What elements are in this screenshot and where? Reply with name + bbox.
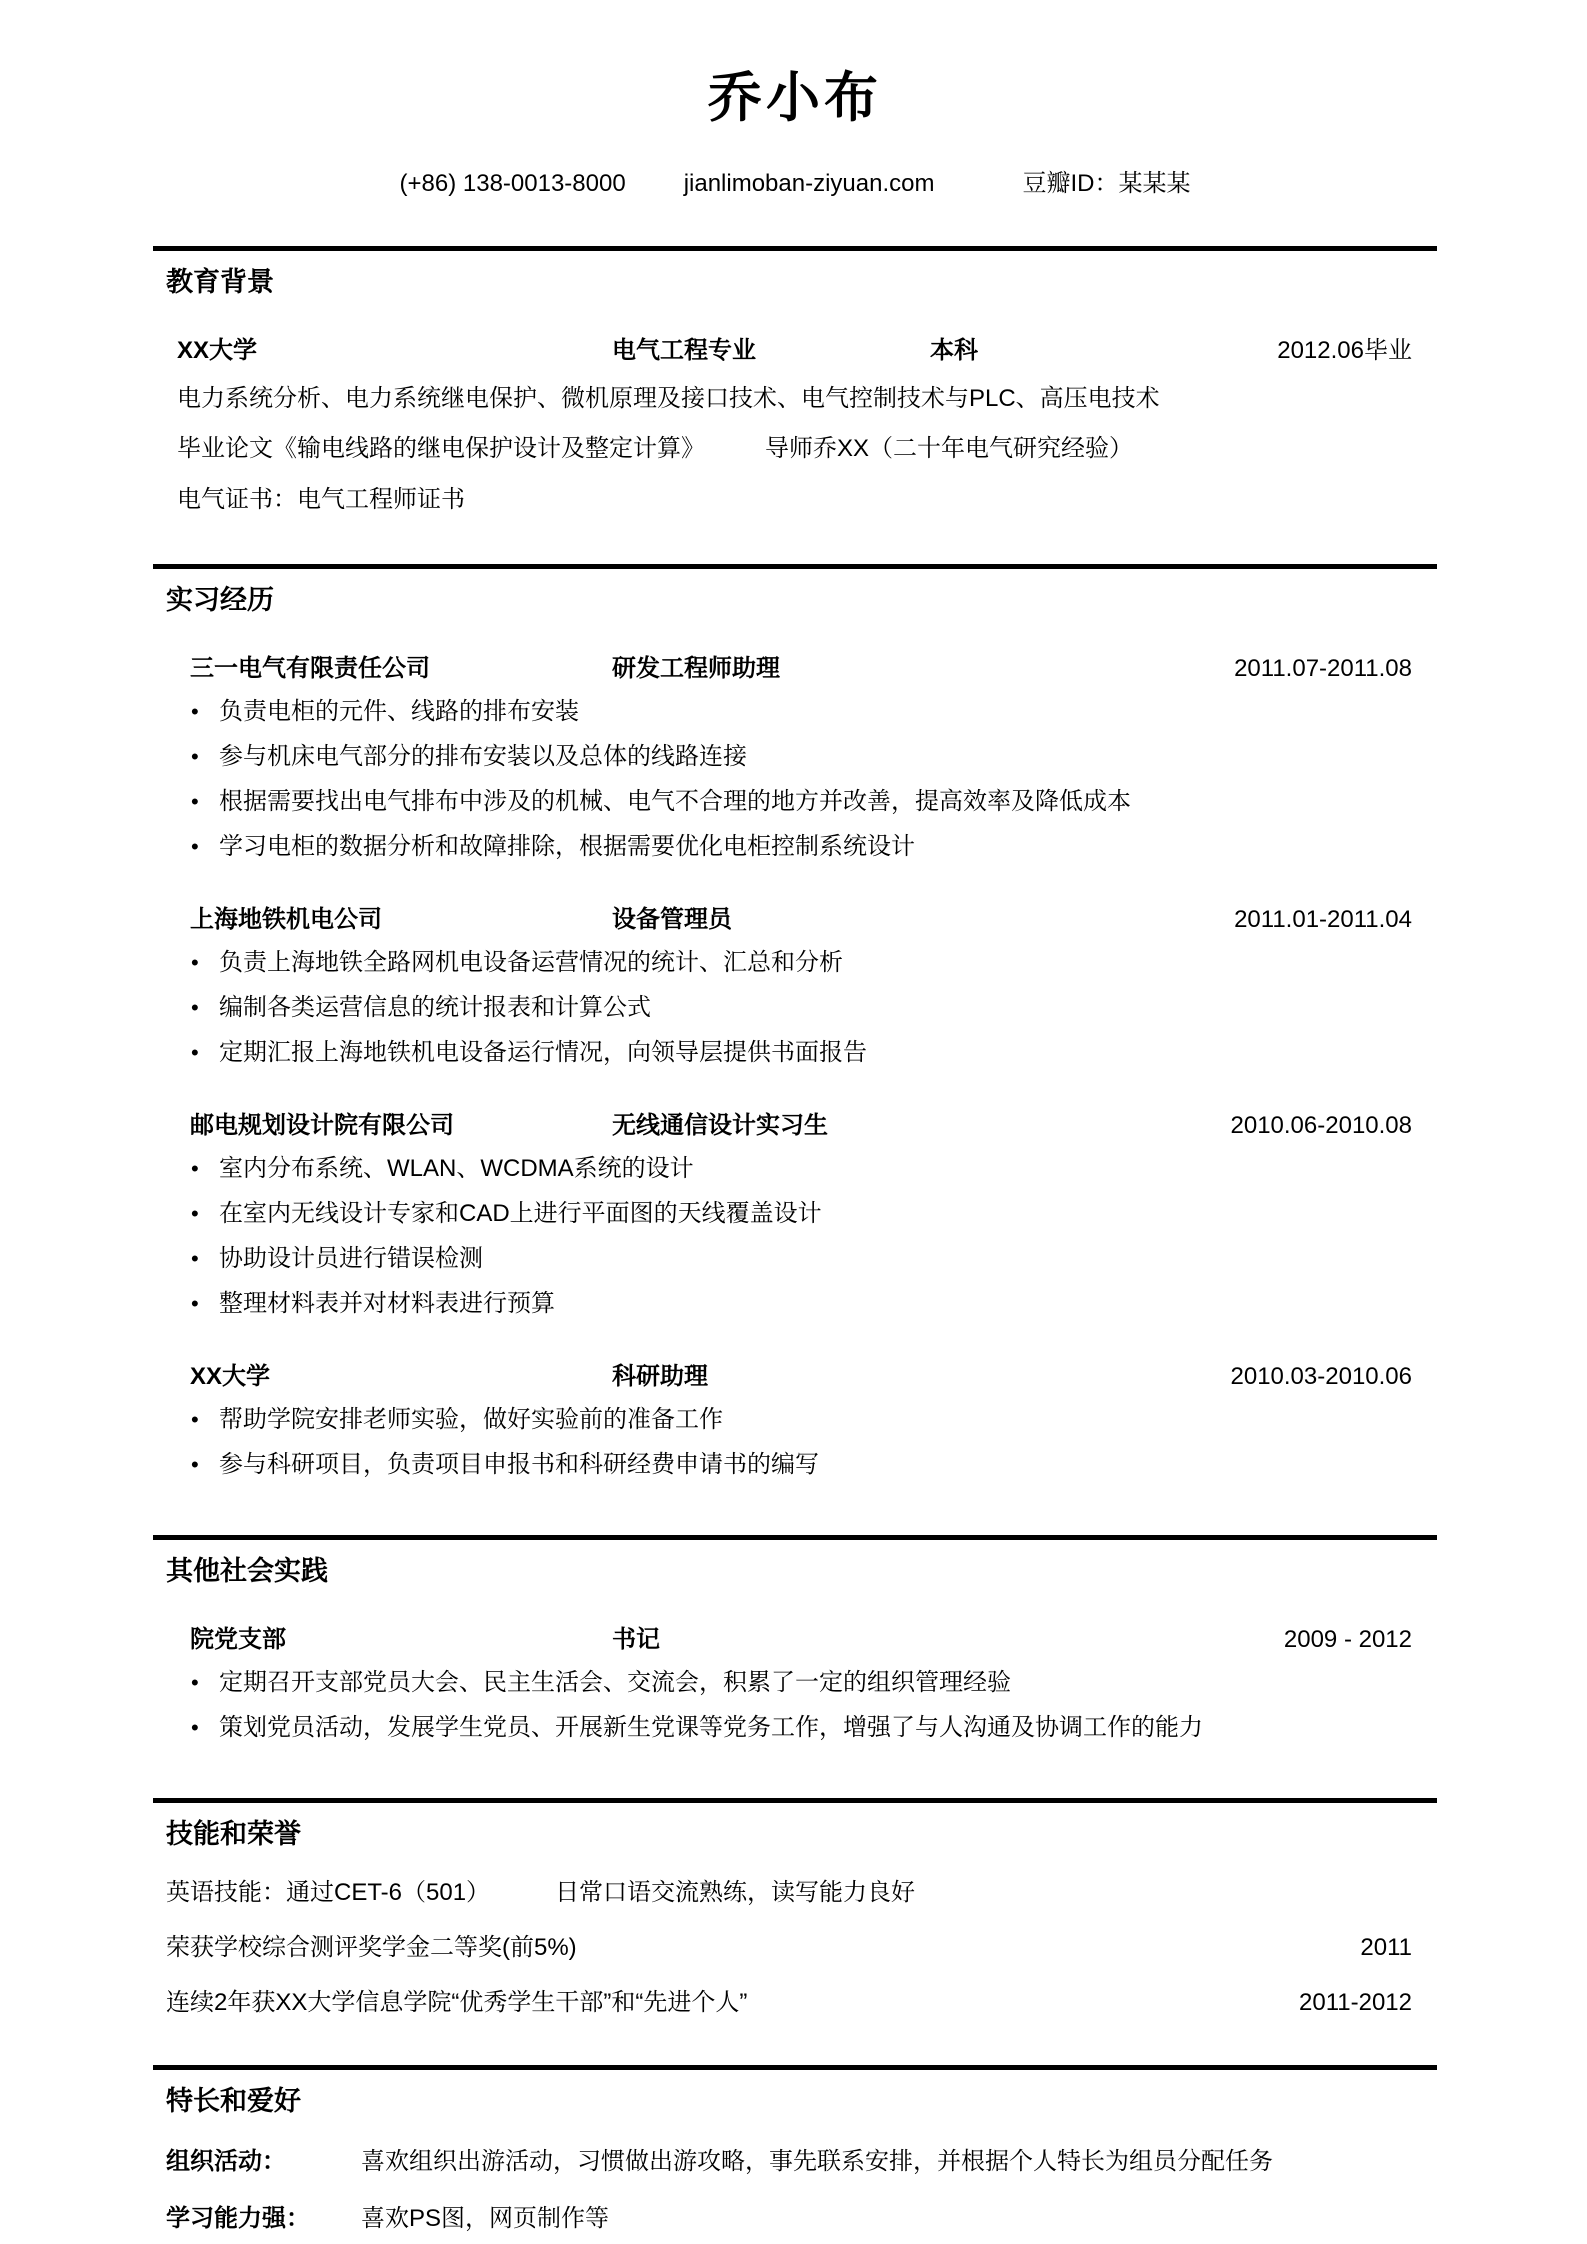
section-hobbies: 特长和爱好 组织活动： 喜欢组织出游活动，习惯做出游攻略，事先联系安排，并根据个… (153, 2065, 1437, 2233)
bullet-item: 在室内无线设计专家和CAD上进行平面图的天线覆盖设计 (189, 1191, 1412, 1236)
bullet-item: 学习电柜的数据分析和故障排除，根据需要优化电柜控制系统设计 (189, 824, 1412, 869)
job-bullets: 负责上海地铁全路网机电设备运营情况的统计、汇总和分析 编制各类运营信息的统计报表… (153, 940, 1437, 1075)
skill-text: 英语技能：通过CET-6（501） (166, 1872, 490, 1907)
section-divider (153, 2065, 1437, 2070)
contact-line: (+86) 138-0013-8000 jianlimoban-ziyuan.c… (153, 163, 1437, 198)
bullet-item: 帮助学院安排老师实验，做好实验前的准备工作 (189, 1397, 1412, 1442)
skill-note: 日常口语交流熟练，读写能力良好 (555, 1872, 915, 1907)
position-title: 书记 (612, 1619, 1284, 1654)
section-title: 其他社会实践 (166, 1554, 1437, 1589)
bullet-item: 负责上海地铁全路网机电设备运营情况的统计、汇总和分析 (189, 940, 1412, 985)
major: 电气工程专业 (612, 330, 930, 365)
bullet-item: 参与机床电气部分的排布安装以及总体的线路连接 (189, 734, 1412, 779)
company-name: 三一电气有限责任公司 (190, 648, 612, 683)
bullet-item: 室内分布系统、WLAN、WCDMA系统的设计 (189, 1146, 1412, 1191)
thesis-title: 毕业论文《输电线路的继电保护设计及整定计算》 (177, 435, 705, 462)
skill-date: 2011-2012 (1299, 1989, 1412, 2017)
certificate-line: 电气证书：电气工程师证书 (177, 484, 1437, 516)
job-date: 2011.07-2011.08 (1234, 655, 1412, 683)
bullet-item: 负责电柜的元件、线路的排布安装 (189, 689, 1412, 734)
section-skills-honors: 技能和荣誉 英语技能：通过CET-6（501） 日常口语交流熟练，读写能力良好 … (153, 1798, 1437, 2017)
bullet-item: 整理材料表并对材料表进行预算 (189, 1281, 1412, 1326)
candidate-name: 乔小布 (153, 66, 1437, 131)
bullet-item: 协助设计员进行错误检测 (189, 1236, 1412, 1281)
company-name: 邮电规划设计院有限公司 (190, 1105, 612, 1140)
section-title: 特长和爱好 (166, 2084, 1437, 2119)
job-header-row: XX大学 科研助理 2010.03-2010.06 (190, 1356, 1437, 1391)
internship-item: 三一电气有限责任公司 研发工程师助理 2011.07-2011.08 负责电柜的… (153, 648, 1437, 869)
job-date: 2011.01-2011.04 (1234, 906, 1412, 934)
job-bullets: 室内分布系统、WLAN、WCDMA系统的设计 在室内无线设计专家和CAD上进行平… (153, 1146, 1437, 1326)
thesis-line: 毕业论文《输电线路的继电保护设计及整定计算》导师乔XX（二十年电气研究经验） (177, 433, 1437, 465)
job-bullets: 定期召开支部党员大会、民主生活会、交流会，积累了一定的组织管理经验 策划党员活动… (153, 1660, 1437, 1750)
job-title: 无线通信设计实习生 (612, 1105, 1231, 1140)
resume-page: 乔小布 (+86) 138-0013-8000 jianlimoban-ziyu… (0, 0, 1587, 2244)
job-bullets: 负责电柜的元件、线路的排布安装 参与机床电气部分的排布安装以及总体的线路连接 根… (153, 689, 1437, 869)
section-divider (153, 564, 1437, 569)
skill-row: 连续2年获XX大学信息学院“优秀学生干部”和“先进个人” 2011-2012 (166, 1982, 1437, 2017)
courses-line: 电力系统分析、电力系统继电保护、微机原理及接口技术、电气控制技术与PLC、高压电… (177, 383, 1437, 415)
bullet-item: 定期汇报上海地铁机电设备运行情况，向领导层提供书面报告 (189, 1030, 1412, 1075)
job-title: 设备管理员 (612, 899, 1234, 934)
job-title: 研发工程师助理 (612, 648, 1234, 683)
social-item: 院党支部 书记 2009 - 2012 定期召开支部党员大会、民主生活会、交流会… (153, 1619, 1437, 1750)
job-title: 科研助理 (612, 1356, 1231, 1391)
internship-item: 上海地铁机电公司 设备管理员 2011.01-2011.04 负责上海地铁全路网… (153, 899, 1437, 1075)
bullet-item: 根据需要找出电气排布中涉及的机械、电气不合理的地方并改善，提高效率及降低成本 (189, 779, 1412, 824)
section-divider (153, 246, 1437, 251)
bullet-item: 策划党员活动，发展学生党员、开展新生党课等党务工作，增强了与人沟通及协调工作的能… (189, 1705, 1412, 1750)
section-education: 教育背景 XX大学 电气工程专业 本科 2012.06毕业 电力系统分析、电力系… (153, 246, 1437, 516)
section-divider (153, 1798, 1437, 1803)
hobby-label: 学习能力强： (166, 2198, 361, 2233)
internship-item: 邮电规划设计院有限公司 无线通信设计实习生 2010.06-2010.08 室内… (153, 1105, 1437, 1326)
job-date: 2010.03-2010.06 (1231, 1363, 1413, 1391)
skill-row: 荣获学校综合测评奖学金二等奖(前5%) 2011 (166, 1927, 1437, 1962)
school-name: XX大学 (177, 330, 612, 365)
job-header-row: 院党支部 书记 2009 - 2012 (190, 1619, 1437, 1654)
bullet-item: 编制各类运营信息的统计报表和计算公式 (189, 985, 1412, 1030)
company-name: XX大学 (190, 1356, 612, 1391)
bullet-item: 定期召开支部党员大会、民主生活会、交流会，积累了一定的组织管理经验 (189, 1660, 1412, 1705)
section-title: 实习经历 (166, 583, 1437, 618)
phone-number: (+86) 138-0013-8000 (400, 170, 626, 198)
position-date: 2009 - 2012 (1284, 1626, 1412, 1654)
hobby-text: 喜欢组织出游活动，习惯做出游攻略，事先联系安排，并根据个人特长为组员分配任务 (361, 2141, 1412, 2176)
bullet-item: 参与科研项目，负责项目申报书和科研经费申请书的编写 (189, 1442, 1412, 1487)
advisor: 导师乔XX（二十年电气研究经验） (765, 435, 1133, 462)
company-name: 上海地铁机电公司 (190, 899, 612, 934)
job-header-row: 邮电规划设计院有限公司 无线通信设计实习生 2010.06-2010.08 (190, 1105, 1437, 1140)
section-divider (153, 1535, 1437, 1540)
hobby-label: 组织活动： (166, 2141, 361, 2176)
degree: 本科 (930, 330, 1277, 365)
job-date: 2010.06-2010.08 (1231, 1112, 1413, 1140)
website: jianlimoban-ziyuan.com (684, 170, 935, 198)
skill-date: 2011 (1360, 1934, 1412, 1962)
organization-name: 院党支部 (190, 1619, 612, 1654)
job-header-row: 上海地铁机电公司 设备管理员 2011.01-2011.04 (190, 899, 1437, 934)
douban-id: 豆瓣ID：某某某 (1022, 163, 1190, 198)
skill-text: 连续2年获XX大学信息学院“优秀学生干部”和“先进个人” (166, 1982, 747, 2017)
internship-item: XX大学 科研助理 2010.03-2010.06 帮助学院安排老师实验，做好实… (153, 1356, 1437, 1487)
section-social-practice: 其他社会实践 院党支部 书记 2009 - 2012 定期召开支部党员大会、民主… (153, 1535, 1437, 1750)
section-title: 技能和荣誉 (166, 1817, 1437, 1852)
section-title: 教育背景 (166, 265, 1437, 300)
job-header-row: 三一电气有限责任公司 研发工程师助理 2011.07-2011.08 (190, 648, 1437, 683)
job-bullets: 帮助学院安排老师实验，做好实验前的准备工作 参与科研项目，负责项目申报书和科研经… (153, 1397, 1437, 1487)
skill-text: 荣获学校综合测评奖学金二等奖(前5%) (166, 1927, 577, 1962)
hobby-row: 组织活动： 喜欢组织出游活动，习惯做出游攻略，事先联系安排，并根据个人特长为组员… (166, 2141, 1437, 2176)
hobby-text: 喜欢PS图，网页制作等 (361, 2198, 1412, 2233)
graduation-date: 2012.06毕业 (1277, 330, 1412, 365)
section-internship: 实习经历 三一电气有限责任公司 研发工程师助理 2011.07-2011.08 … (153, 564, 1437, 1487)
skill-row: 英语技能：通过CET-6（501） 日常口语交流熟练，读写能力良好 (166, 1872, 1437, 1907)
education-row: XX大学 电气工程专业 本科 2012.06毕业 (177, 330, 1437, 365)
hobby-row: 学习能力强： 喜欢PS图，网页制作等 (166, 2198, 1437, 2233)
